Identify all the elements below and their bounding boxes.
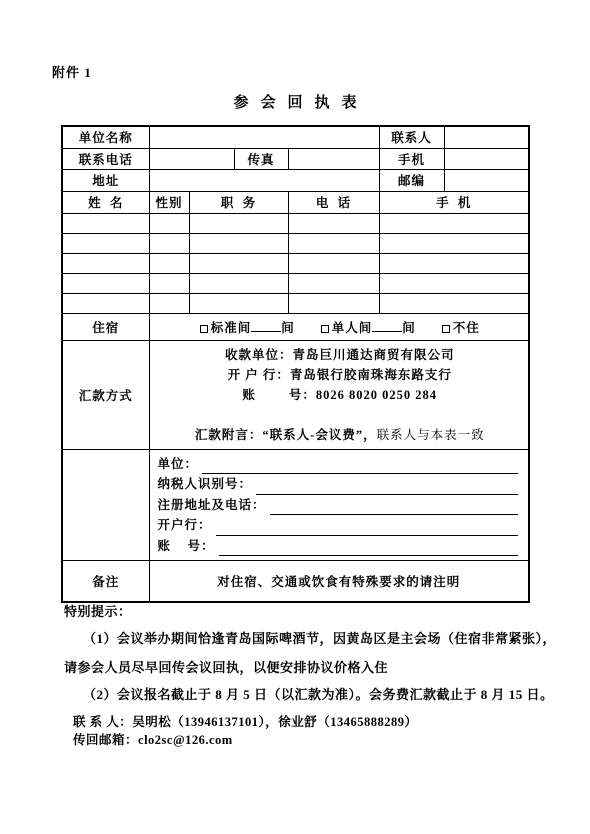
mobile-label: 手机 <box>379 148 444 169</box>
unit-name-field[interactable] <box>149 126 379 148</box>
note-item1-line2: 请参会人员尽早回传会议回执，以便安排协议价格入住 <box>64 657 388 676</box>
contact-person-label: 联系人 <box>379 126 444 148</box>
attendee-phone-field[interactable] <box>288 293 379 313</box>
col-header-position: 职 务 <box>189 191 288 213</box>
page-title: 参会回执表 <box>0 91 590 112</box>
col-header-phone: 电 话 <box>288 191 379 213</box>
col-header-mobile: 手 机 <box>379 191 529 213</box>
remarks-label: 备注 <box>62 561 149 602</box>
payee-line: 收款单位：青岛巨川通达商贸有限公司 <box>158 345 523 365</box>
standard-room-count-blank[interactable] <box>251 320 281 332</box>
col-header-name: 姓 名 <box>62 191 149 213</box>
invoice-address-label: 注册地址及电话： <box>158 495 266 516</box>
attendee-name-field[interactable] <box>62 273 149 293</box>
attendee-name-field[interactable] <box>62 253 149 273</box>
invoice-account-blank[interactable] <box>219 540 518 556</box>
attendee-position-field[interactable] <box>189 233 288 253</box>
attendee-mobile-field[interactable] <box>379 253 529 273</box>
remittance-note-regular: 联系人与本表一致 <box>377 428 485 442</box>
fax-field[interactable] <box>288 148 379 169</box>
table-row: 单位名称 联系人 <box>62 126 529 148</box>
phone-label: 联系电话 <box>62 148 149 169</box>
invoice-address-line: 注册地址及电话： <box>158 495 519 516</box>
document-page: 附件 1 参会回执表 单位名称 联系人 联系电话 传真 手机 地址 邮编 <box>0 0 590 834</box>
accommodation-options: 标准间间单人间间不住 <box>149 313 529 340</box>
attendee-name-field[interactable] <box>62 293 149 313</box>
phone-field[interactable] <box>149 148 234 169</box>
postcode-label: 邮编 <box>379 169 444 191</box>
attendee-row <box>62 293 529 313</box>
no-stay-checkbox[interactable] <box>442 325 450 333</box>
no-stay-label: 不住 <box>453 321 480 335</box>
attendee-position-field[interactable] <box>189 273 288 293</box>
single-room-count-blank[interactable] <box>372 320 402 332</box>
reply-email-line: 传回邮箱：clo2sc@126.com <box>73 730 233 748</box>
remittance-note-bold: 汇款附言：“联系人-会议费”， <box>195 428 377 442</box>
attendee-phone-field[interactable] <box>288 233 379 253</box>
accommodation-row: 住宿 标准间间单人间间不住 <box>62 313 529 340</box>
table-row: 联系电话 传真 手机 <box>62 148 529 169</box>
attendee-gender-field[interactable] <box>149 273 189 293</box>
attendee-mobile-field[interactable] <box>379 273 529 293</box>
invoice-unit-line: 单位： <box>158 454 519 475</box>
postcode-field[interactable] <box>444 169 529 191</box>
attendee-phone-field[interactable] <box>288 213 379 233</box>
reply-email-label: 传回邮箱： <box>73 733 138 747</box>
single-room-checkbox[interactable] <box>321 325 329 333</box>
attendees-header-row: 姓 名 性别 职 务 电 话 手 机 <box>62 191 529 213</box>
invoice-account-line: 账 号： <box>158 536 519 557</box>
invoice-row-label-empty <box>62 449 149 561</box>
invoice-account-label: 账 号： <box>158 536 215 557</box>
invoice-row: 单位： 纳税人识别号： 注册地址及电话： 开户行： 账 号： <box>62 449 529 561</box>
payment-details: 收款单位：青岛巨川通达商贸有限公司 开 户 行：青岛银行胶南珠海东路支行 账 号… <box>149 340 529 449</box>
blank-line-spacer <box>158 405 523 425</box>
reply-email-value: clo2sc@126.com <box>138 733 233 747</box>
attendee-row <box>62 213 529 233</box>
room-unit-label: 间 <box>281 321 295 335</box>
col-header-gender: 性别 <box>149 191 189 213</box>
attendee-row <box>62 233 529 253</box>
accommodation-label: 住宿 <box>62 313 149 340</box>
mobile-field[interactable] <box>444 148 529 169</box>
invoice-address-blank[interactable] <box>270 499 518 515</box>
fax-label: 传真 <box>234 148 288 169</box>
special-notes-title: 特别提示： <box>64 601 132 620</box>
invoice-taxid-blank[interactable] <box>256 479 518 495</box>
attendee-name-field[interactable] <box>62 233 149 253</box>
account-line: 账 号：8026 8020 0250 284 <box>158 385 523 405</box>
single-room-label: 单人间 <box>332 321 373 335</box>
payment-method-label: 汇款方式 <box>62 340 149 449</box>
address-label: 地址 <box>62 169 149 191</box>
invoice-unit-blank[interactable] <box>202 458 518 474</box>
unit-name-label: 单位名称 <box>62 126 149 148</box>
attachment-label: 附件 1 <box>52 62 92 81</box>
attendee-mobile-field[interactable] <box>379 233 529 253</box>
note-item1-line1: （1）会议举办期间恰逢青岛国际啤酒节，因黄岛区是主会场（住宿非常紧张）， <box>64 628 556 647</box>
attendee-gender-field[interactable] <box>149 253 189 273</box>
address-field[interactable] <box>149 169 379 191</box>
invoice-details: 单位： 纳税人识别号： 注册地址及电话： 开户行： 账 号： <box>149 449 529 561</box>
attendee-phone-field[interactable] <box>288 253 379 273</box>
invoice-bank-blank[interactable] <box>216 520 518 536</box>
table-row: 地址 邮编 <box>62 169 529 191</box>
invoice-taxid-line: 纳税人识别号： <box>158 474 519 495</box>
attendee-position-field[interactable] <box>189 253 288 273</box>
contact-persons-label: 联 系 人： <box>73 715 132 729</box>
remittance-note-line: 汇款附言：“联系人-会议费”，联系人与本表一致 <box>158 425 523 445</box>
note-item2: （2）会议报名截止于 8 月 5 日（以汇款为准）。会务费汇款截止于 8 月 1… <box>64 684 554 703</box>
attendee-mobile-field[interactable] <box>379 213 529 233</box>
invoice-unit-label: 单位： <box>158 454 199 475</box>
attendee-position-field[interactable] <box>189 293 288 313</box>
contact-persons-line: 联 系 人：吴明松（13946137101），徐业舒（13465888289） <box>73 712 418 730</box>
invoice-bank-line: 开户行： <box>158 515 519 536</box>
reply-form-table: 单位名称 联系人 联系电话 传真 手机 地址 邮编 姓 名 性别 职 务 电 话 <box>61 125 530 603</box>
bank-line: 开 户 行：青岛银行胶南珠海东路支行 <box>158 365 523 385</box>
attendee-row <box>62 253 529 273</box>
attendee-gender-field[interactable] <box>149 293 189 313</box>
payment-row: 汇款方式 收款单位：青岛巨川通达商贸有限公司 开 户 行：青岛银行胶南珠海东路支… <box>62 340 529 449</box>
attendee-position-field[interactable] <box>189 213 288 233</box>
invoice-taxid-label: 纳税人识别号： <box>158 474 253 495</box>
attendee-row <box>62 273 529 293</box>
standard-room-label: 标准间 <box>211 321 252 335</box>
contact-persons-value: 吴明松（13946137101），徐业舒（13465888289） <box>132 715 417 729</box>
attendee-phone-field[interactable] <box>288 273 379 293</box>
attendee-mobile-field[interactable] <box>379 293 529 313</box>
attendee-name-field[interactable] <box>62 213 149 233</box>
room-unit-label: 间 <box>402 321 416 335</box>
remarks-content: 对住宿、交通或饮食有特殊要求的请注明 <box>149 561 529 602</box>
remarks-row: 备注 对住宿、交通或饮食有特殊要求的请注明 <box>62 561 529 602</box>
attendee-gender-field[interactable] <box>149 213 189 233</box>
invoice-bank-label: 开户行： <box>158 515 212 536</box>
contact-person-field[interactable] <box>444 126 529 148</box>
attendee-gender-field[interactable] <box>149 233 189 253</box>
standard-room-checkbox[interactable] <box>200 325 208 333</box>
